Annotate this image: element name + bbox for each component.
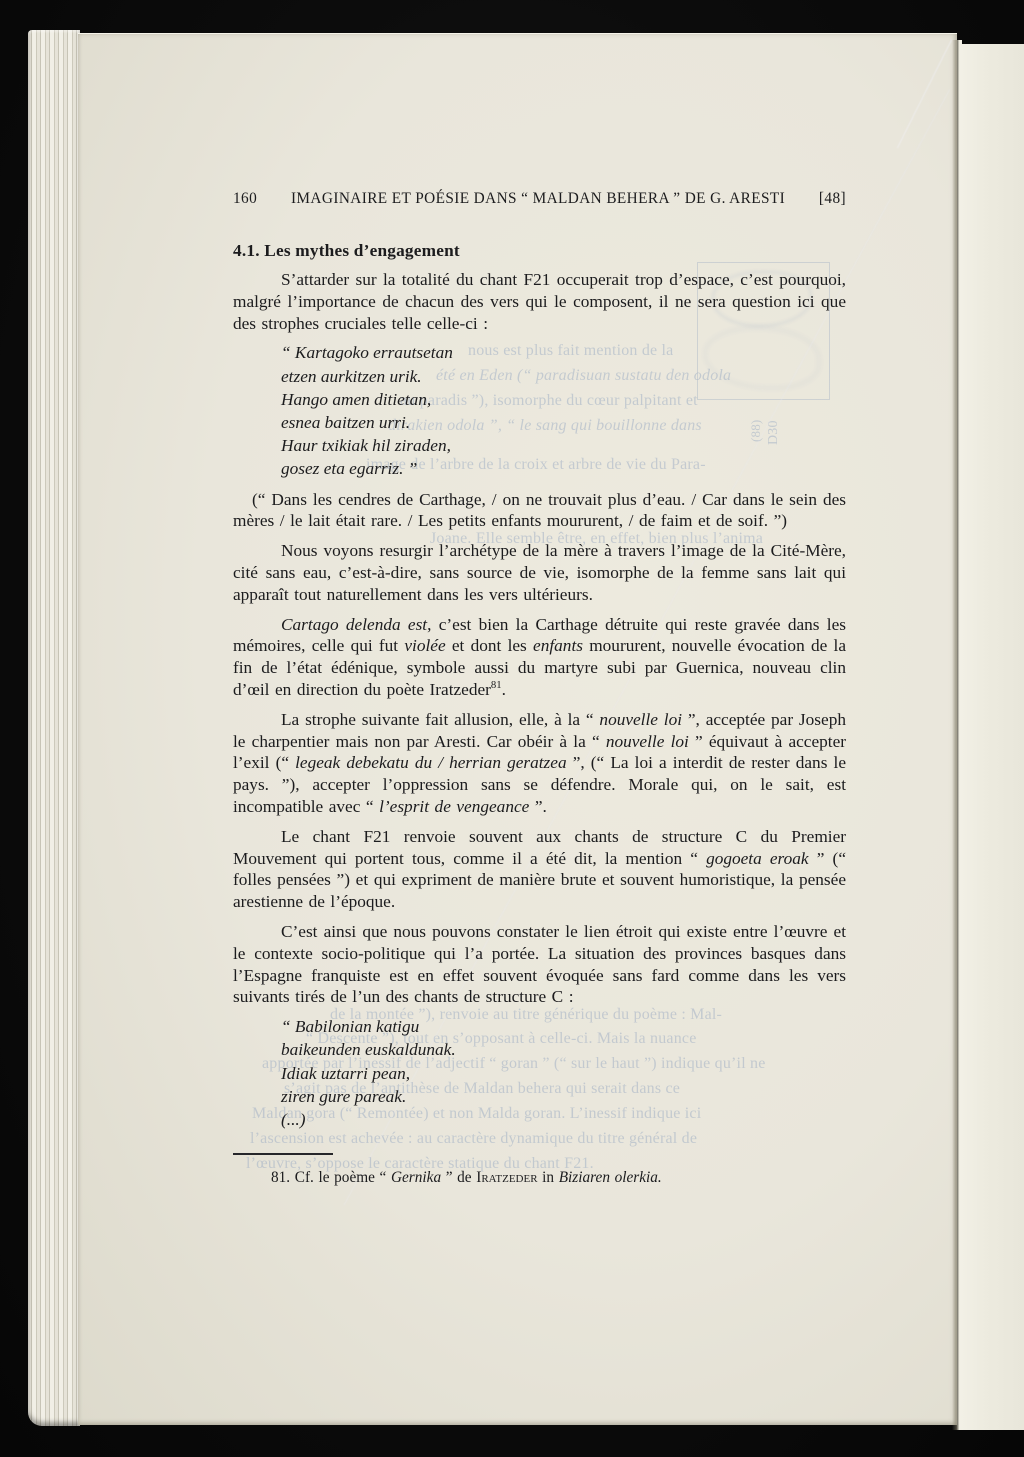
book-page-edge-stack xyxy=(28,30,80,1426)
paragraph-translation: (“ Dans les cendres de Carthage, / on ne… xyxy=(233,489,846,533)
paragraph-archetype: Nous voyons resurgir l’archétype de la m… xyxy=(233,540,846,605)
facing-page-edge xyxy=(960,44,1024,1430)
running-title: IMAGINAIRE ET POÉSIE DANS “ MALDAN BEHER… xyxy=(257,190,819,208)
paragraph-intro: S’attarder sur la totalité du chant F21 … xyxy=(233,269,846,334)
verse-basque-babylone: “ Babilonian katigubaikeunden euskalduna… xyxy=(281,1015,846,1131)
section-heading: 4.1. Les mythes d’engagement xyxy=(233,241,846,261)
paragraph-cartago: Cartago delenda est, c’est bien la Carth… xyxy=(233,614,846,701)
footnote-text: 81. Cf. le poème “ Gernika ” de Iratzede… xyxy=(233,1168,846,1187)
running-header: 160 IMAGINAIRE ET POÉSIE DANS “ MALDAN B… xyxy=(233,190,846,208)
footnote-block: 81. Cf. le poème “ Gernika ” de Iratzede… xyxy=(233,1153,846,1187)
paragraph-nouvelle-loi: La strophe suivante fait allusion, elle,… xyxy=(233,709,846,818)
paragraph-chant-f21: Le chant F21 renvoie souvent aux chants … xyxy=(233,826,846,913)
header-article-ref: [48] xyxy=(819,190,846,208)
paragraph-contexte: C’est ainsi que nous pouvons constater l… xyxy=(233,921,846,1008)
text-column: 160 IMAGINAIRE ET POÉSIE DANS “ MALDAN B… xyxy=(233,190,846,1187)
scan-background: nous est plus fait mention de laété en E… xyxy=(0,0,1024,1457)
verse-basque-carthage: “ Kartagoko errautsetanetzen aurkitzen u… xyxy=(281,341,846,480)
footnote-rule xyxy=(233,1153,333,1155)
page-number: 160 xyxy=(233,190,257,208)
